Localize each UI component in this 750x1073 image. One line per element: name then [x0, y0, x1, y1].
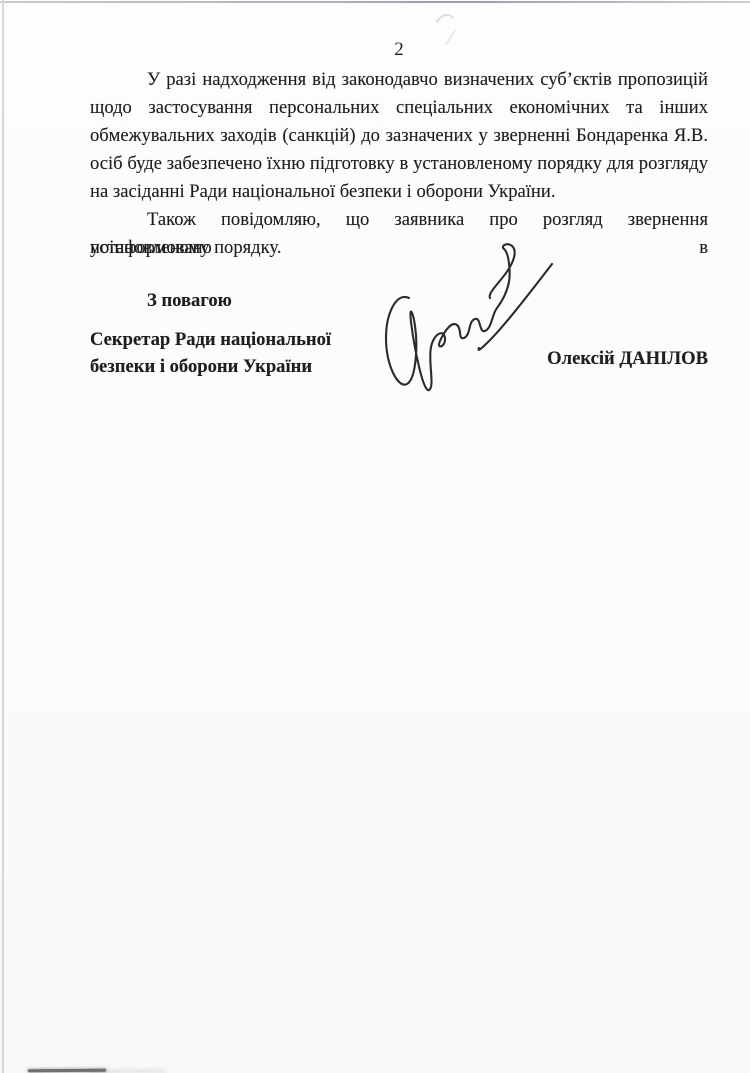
paragraph-1-line: У разі надходження від законодавчо визна… — [90, 66, 708, 94]
paragraph-2-line: Також повідомляю, що заявника про розгля… — [90, 206, 708, 234]
scan-edge-top — [0, 1, 750, 3]
handwritten-signature-icon — [365, 240, 575, 400]
letter-body: У разі надходження від законодавчо визна… — [90, 66, 708, 262]
paragraph-1-line: на засіданні Ради національної безпеки і… — [90, 178, 708, 206]
scan-edge-left — [2, 0, 4, 1073]
closing-salutation: З повагою — [147, 287, 232, 315]
paragraph-1-line: осіб буде забезпечено їхню підготовку в … — [90, 150, 708, 178]
page-number: 2 — [90, 36, 708, 64]
scanned-letter-page: 2 У разі надходження від законодавчо виз… — [0, 0, 750, 1073]
scan-artifact-bottom — [28, 1069, 106, 1073]
paragraph-1-line: обмежувальних заходів (санкцій) до зазна… — [90, 122, 708, 150]
paragraph-1-line: щодо застосування персональних спеціальн… — [90, 94, 708, 122]
